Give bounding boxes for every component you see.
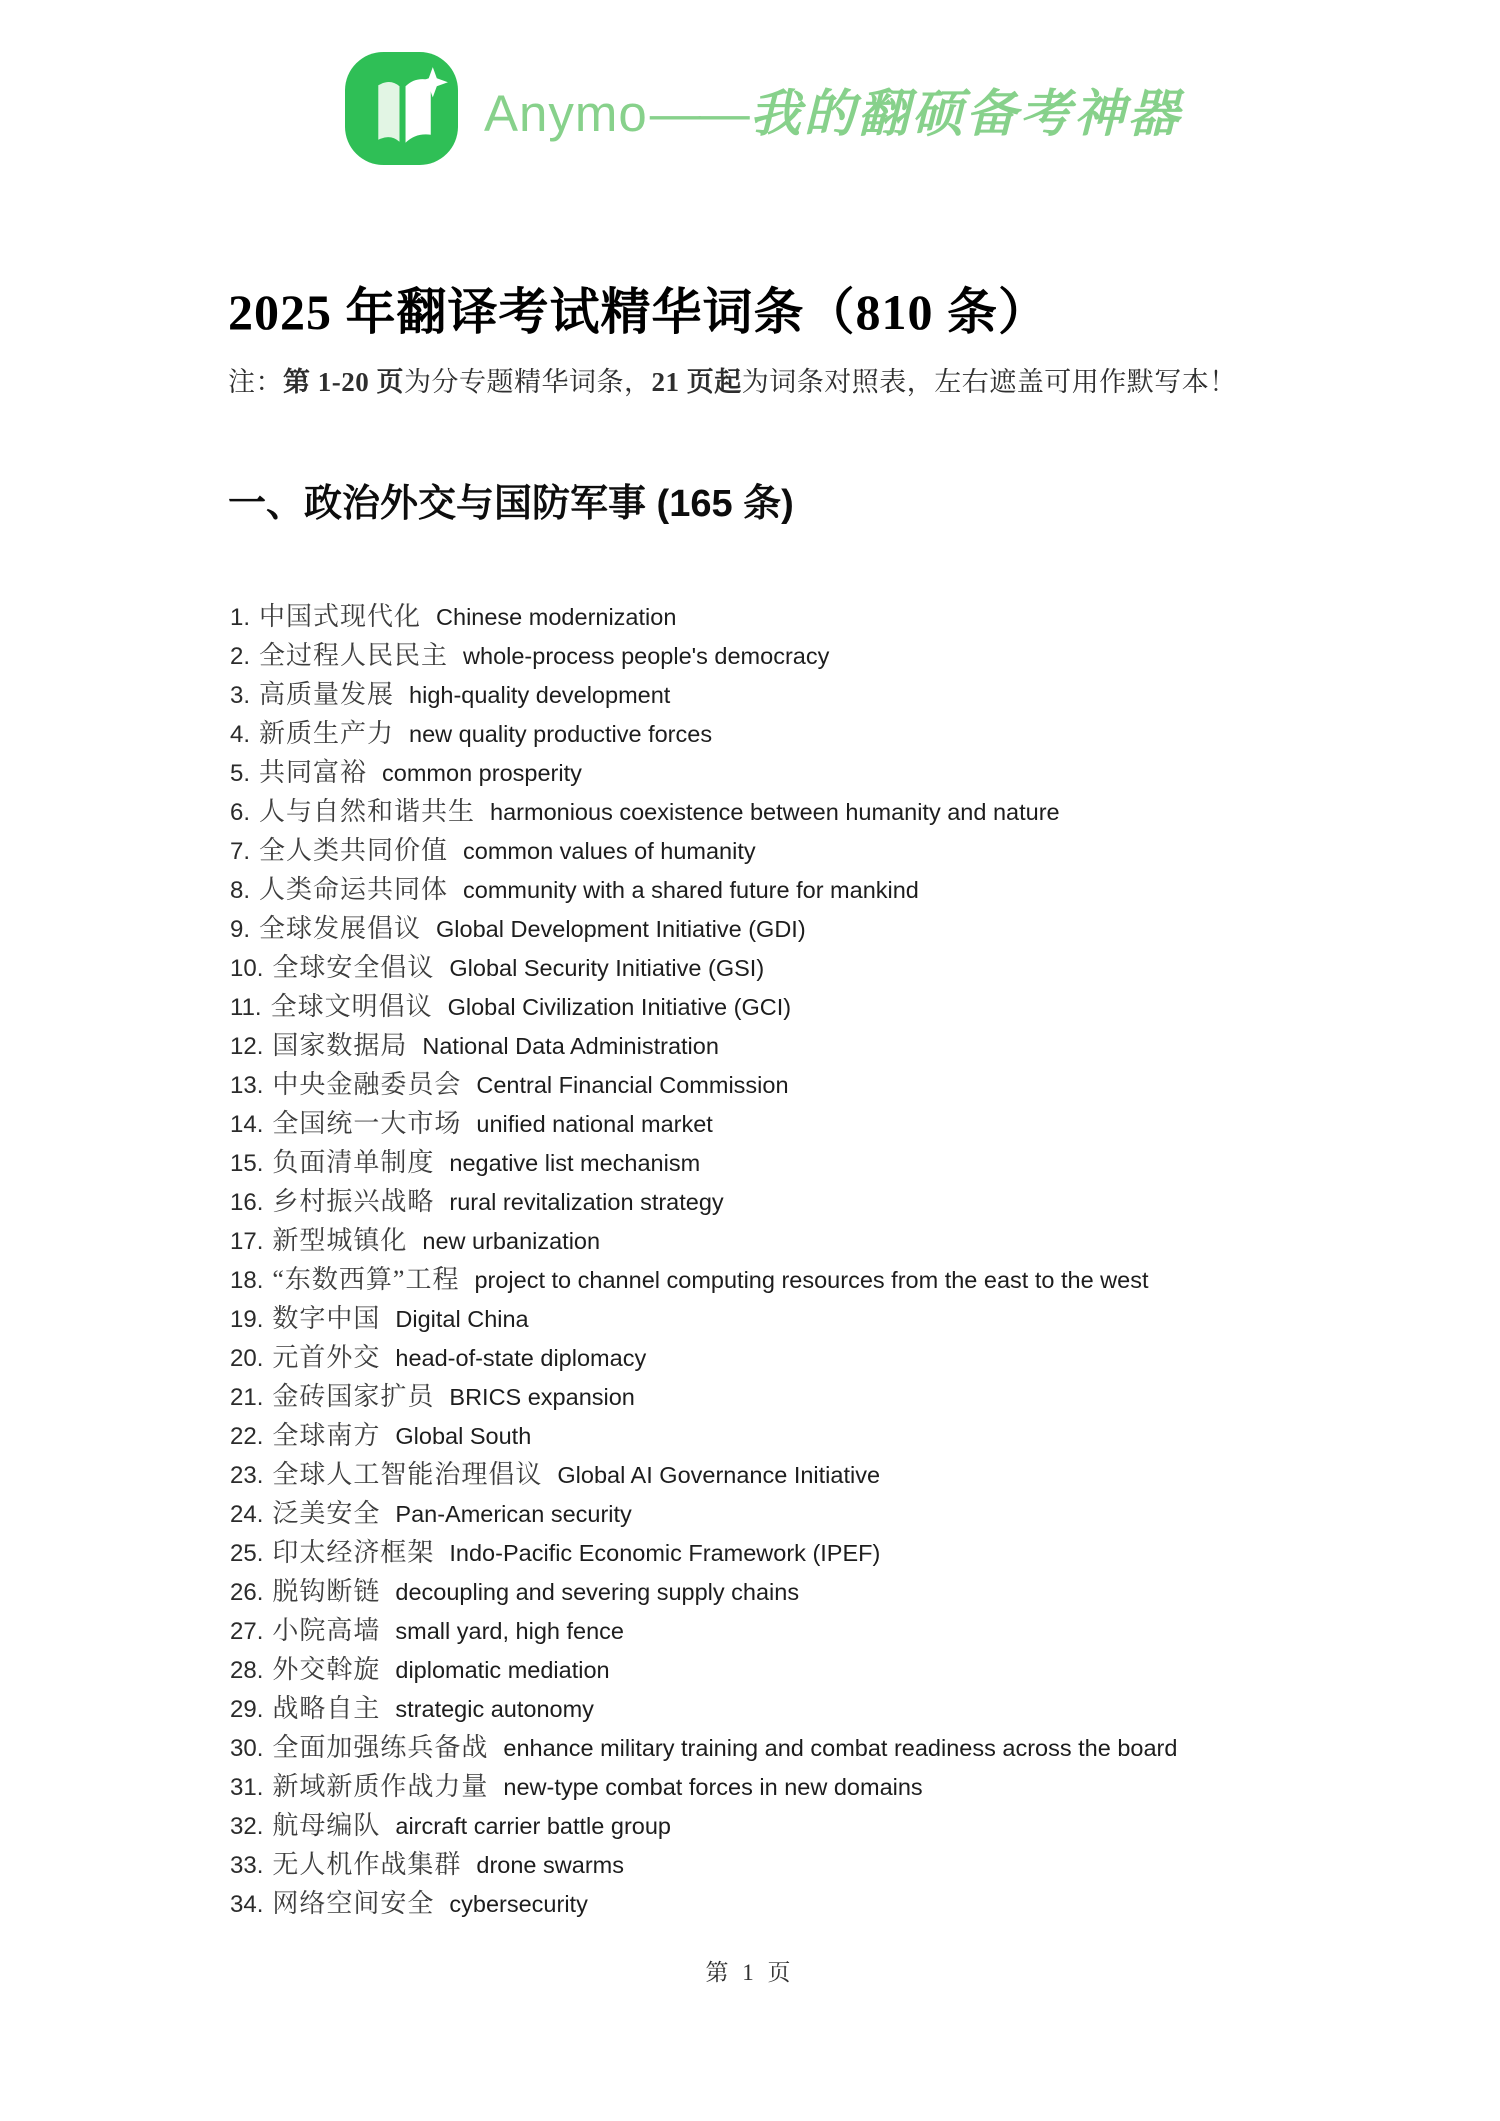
item-number: 28. bbox=[230, 1657, 263, 1684]
note-prefix: 注： bbox=[228, 367, 283, 397]
item-english-translation: Global Security Initiative (GSI) bbox=[449, 955, 764, 981]
item-chinese-term: 金砖国家扩员 bbox=[272, 1382, 434, 1411]
item-english-translation: whole-process people's democracy bbox=[463, 643, 829, 669]
item-number: 4. bbox=[230, 721, 250, 748]
item-chinese-term: 负面清单制度 bbox=[272, 1148, 434, 1177]
item-english-translation: strategic autonomy bbox=[395, 1696, 594, 1722]
list-item: 13.中央金融委员会Central Financial Commission bbox=[230, 1065, 1350, 1104]
item-chinese-term: 数字中国 bbox=[272, 1304, 380, 1333]
note-part-pages: 第 1-20 页 bbox=[283, 367, 404, 397]
list-item: 24.泛美安全Pan-American security bbox=[230, 1494, 1350, 1533]
item-number: 19. bbox=[230, 1306, 263, 1333]
item-number: 11. bbox=[230, 994, 262, 1021]
list-item: 29.战略自主strategic autonomy bbox=[230, 1689, 1350, 1728]
item-english-translation: Global AI Governance Initiative bbox=[557, 1462, 880, 1488]
page-number: 第 1 页 bbox=[0, 1954, 1500, 1987]
item-english-translation: project to channel computing resources f… bbox=[474, 1267, 1148, 1293]
item-english-translation: negative list mechanism bbox=[449, 1150, 700, 1176]
item-chinese-term: “东数西算”工程 bbox=[272, 1265, 459, 1294]
item-number: 29. bbox=[230, 1696, 263, 1723]
item-english-translation: common values of humanity bbox=[463, 838, 756, 864]
item-number: 31. bbox=[230, 1774, 263, 1801]
item-number: 23. bbox=[230, 1462, 263, 1489]
item-english-translation: Global Civilization Initiative (GCI) bbox=[448, 994, 791, 1020]
item-chinese-term: 脱钩断链 bbox=[272, 1577, 380, 1606]
list-item: 11.全球文明倡议Global Civilization Initiative … bbox=[230, 987, 1350, 1026]
item-english-translation: Pan-American security bbox=[395, 1501, 631, 1527]
list-item: 5.共同富裕common prosperity bbox=[230, 753, 1350, 792]
item-chinese-term: 全球人工智能治理倡议 bbox=[272, 1460, 542, 1489]
item-number: 7. bbox=[230, 838, 250, 865]
item-chinese-term: 国家数据局 bbox=[272, 1031, 407, 1060]
list-item: 17.新型城镇化new urbanization bbox=[230, 1221, 1350, 1260]
item-chinese-term: 全人类共同价值 bbox=[259, 836, 448, 865]
list-item: 2.全过程人民民主whole-process people's democrac… bbox=[230, 636, 1350, 675]
item-number: 22. bbox=[230, 1423, 263, 1450]
item-english-translation: aircraft carrier battle group bbox=[395, 1813, 671, 1839]
item-number: 10. bbox=[230, 955, 263, 982]
list-item: 33.无人机作战集群drone swarms bbox=[230, 1845, 1350, 1884]
item-english-translation: rural revitalization strategy bbox=[449, 1189, 723, 1215]
brand-name: Anymo bbox=[484, 84, 648, 143]
list-item: 18.“东数西算”工程project to channel computing … bbox=[230, 1260, 1350, 1299]
item-number: 17. bbox=[230, 1228, 263, 1255]
item-number: 33. bbox=[230, 1852, 263, 1879]
item-english-translation: new-type combat forces in new domains bbox=[503, 1774, 922, 1800]
item-number: 16. bbox=[230, 1189, 263, 1216]
item-english-translation: enhance military training and combat rea… bbox=[503, 1735, 1177, 1761]
item-number: 34. bbox=[230, 1891, 263, 1918]
list-item: 31.新域新质作战力量new-type combat forces in new… bbox=[230, 1767, 1350, 1806]
list-item: 8.人类命运共同体community with a shared future … bbox=[230, 870, 1350, 909]
list-item: 3.高质量发展high-quality development bbox=[230, 675, 1350, 714]
item-english-translation: decoupling and severing supply chains bbox=[395, 1579, 799, 1605]
note-part-from21: 21 页起 bbox=[652, 367, 742, 397]
item-chinese-term: 全过程人民民主 bbox=[259, 641, 448, 670]
item-chinese-term: 战略自主 bbox=[272, 1694, 380, 1723]
item-number: 30. bbox=[230, 1735, 263, 1762]
item-number: 26. bbox=[230, 1579, 263, 1606]
brand-dash: —— bbox=[650, 84, 748, 143]
list-item: 32.航母编队aircraft carrier battle group bbox=[230, 1806, 1350, 1845]
item-english-translation: unified national market bbox=[476, 1111, 712, 1137]
item-english-translation: drone swarms bbox=[476, 1852, 624, 1878]
item-number: 3. bbox=[230, 682, 250, 709]
list-item: 9.全球发展倡议Global Development Initiative (G… bbox=[230, 909, 1350, 948]
item-chinese-term: 人类命运共同体 bbox=[259, 875, 448, 904]
brand-tagline: 我的翻硕备考神器 bbox=[750, 72, 1182, 146]
item-number: 6. bbox=[230, 799, 250, 826]
item-number: 20. bbox=[230, 1345, 263, 1372]
item-english-translation: harmonious coexistence between humanity … bbox=[490, 799, 1060, 825]
item-number: 9. bbox=[230, 916, 250, 943]
item-number: 8. bbox=[230, 877, 250, 904]
item-number: 24. bbox=[230, 1501, 263, 1528]
item-english-translation: head-of-state diplomacy bbox=[395, 1345, 646, 1371]
list-item: 28.外交斡旋diplomatic mediation bbox=[230, 1650, 1350, 1689]
list-item: 16.乡村振兴战略rural revitalization strategy bbox=[230, 1182, 1350, 1221]
item-chinese-term: 外交斡旋 bbox=[272, 1655, 380, 1684]
item-chinese-term: 高质量发展 bbox=[259, 680, 394, 709]
term-list: 1.中国式现代化Chinese modernization 2.全过程人民民主w… bbox=[230, 597, 1350, 1923]
item-number: 2. bbox=[230, 643, 250, 670]
list-item: 15.负面清单制度negative list mechanism bbox=[230, 1143, 1350, 1182]
item-chinese-term: 无人机作战集群 bbox=[272, 1850, 461, 1879]
item-english-translation: Global Development Initiative (GDI) bbox=[436, 916, 806, 942]
list-item: 4.新质生产力new quality productive forces bbox=[230, 714, 1350, 753]
item-chinese-term: 全球文明倡议 bbox=[271, 992, 433, 1021]
item-number: 14. bbox=[230, 1111, 263, 1138]
item-chinese-term: 全球南方 bbox=[272, 1421, 380, 1450]
list-item: 12.国家数据局National Data Administration bbox=[230, 1026, 1350, 1065]
list-item: 1.中国式现代化Chinese modernization bbox=[230, 597, 1350, 636]
brand-header: Anymo——我的翻硕备考神器 bbox=[345, 52, 1182, 165]
list-item: 6.人与自然和谐共生harmonious coexistence between… bbox=[230, 792, 1350, 831]
item-chinese-term: 新质生产力 bbox=[259, 719, 394, 748]
item-number: 27. bbox=[230, 1618, 263, 1645]
item-chinese-term: 航母编队 bbox=[272, 1811, 380, 1840]
item-chinese-term: 中央金融委员会 bbox=[272, 1070, 461, 1099]
page-title: 2025 年翻译考试精华词条（810 条） bbox=[228, 272, 1049, 344]
item-number: 21. bbox=[230, 1384, 263, 1411]
list-item: 20.元首外交head-of-state diplomacy bbox=[230, 1338, 1350, 1377]
item-number: 13. bbox=[230, 1072, 263, 1099]
item-chinese-term: 小院高墙 bbox=[272, 1616, 380, 1645]
item-chinese-term: 泛美安全 bbox=[272, 1499, 380, 1528]
open-book-sparkle-icon bbox=[345, 52, 458, 165]
item-english-translation: BRICS expansion bbox=[449, 1384, 635, 1410]
list-item: 22.全球南方Global South bbox=[230, 1416, 1350, 1455]
item-english-translation: high-quality development bbox=[409, 682, 670, 708]
brand-text: Anymo——我的翻硕备考神器 bbox=[484, 72, 1182, 146]
item-english-translation: Central Financial Commission bbox=[476, 1072, 788, 1098]
item-english-translation: diplomatic mediation bbox=[395, 1657, 609, 1683]
item-chinese-term: 中国式现代化 bbox=[259, 602, 421, 631]
item-english-translation: community with a shared future for manki… bbox=[463, 877, 919, 903]
item-english-translation: Digital China bbox=[395, 1306, 528, 1332]
item-english-translation: new quality productive forces bbox=[409, 721, 712, 747]
item-chinese-term: 共同富裕 bbox=[259, 758, 367, 787]
item-chinese-term: 新域新质作战力量 bbox=[272, 1772, 488, 1801]
item-number: 15. bbox=[230, 1150, 263, 1177]
item-number: 5. bbox=[230, 760, 250, 787]
item-chinese-term: 全面加强练兵备战 bbox=[272, 1733, 488, 1762]
item-chinese-term: 全球发展倡议 bbox=[259, 914, 421, 943]
item-chinese-term: 全国统一大市场 bbox=[272, 1109, 461, 1138]
list-item: 30.全面加强练兵备战enhance military training and… bbox=[230, 1728, 1350, 1767]
item-english-translation: Global South bbox=[395, 1423, 531, 1449]
item-english-translation: National Data Administration bbox=[422, 1033, 719, 1059]
item-english-translation: new urbanization bbox=[422, 1228, 600, 1254]
list-item: 19.数字中国Digital China bbox=[230, 1299, 1350, 1338]
list-item: 23.全球人工智能治理倡议Global AI Governance Initia… bbox=[230, 1455, 1350, 1494]
item-chinese-term: 网络空间安全 bbox=[272, 1889, 434, 1918]
item-chinese-term: 元首外交 bbox=[272, 1343, 380, 1372]
item-chinese-term: 新型城镇化 bbox=[272, 1226, 407, 1255]
note-line: 注：第 1-20 页为分专题精华词条，21 页起为词条对照表，左右遮盖可用作默写… bbox=[228, 360, 1237, 399]
item-number: 18. bbox=[230, 1267, 263, 1294]
list-item: 26.脱钩断链decoupling and severing supply ch… bbox=[230, 1572, 1350, 1611]
item-number: 32. bbox=[230, 1813, 263, 1840]
item-english-translation: Indo-Pacific Economic Framework (IPEF) bbox=[449, 1540, 880, 1566]
item-number: 1. bbox=[230, 604, 250, 631]
list-item: 10.全球安全倡议Global Security Initiative (GSI… bbox=[230, 948, 1350, 987]
note-part-desc1: 为分专题精华词条， bbox=[404, 367, 652, 397]
list-item: 7.全人类共同价值common values of humanity bbox=[230, 831, 1350, 870]
section-heading: 一、政治外交与国防军事 (165 条) bbox=[228, 472, 794, 527]
item-english-translation: cybersecurity bbox=[449, 1891, 587, 1917]
item-english-translation: Chinese modernization bbox=[436, 604, 676, 630]
item-number: 12. bbox=[230, 1033, 263, 1060]
document-page: Anymo——我的翻硕备考神器 2025 年翻译考试精华词条（810 条） 注：… bbox=[0, 0, 1500, 2121]
list-item: 21.金砖国家扩员BRICS expansion bbox=[230, 1377, 1350, 1416]
item-english-translation: common prosperity bbox=[382, 760, 582, 786]
list-item: 14.全国统一大市场unified national market bbox=[230, 1104, 1350, 1143]
item-chinese-term: 人与自然和谐共生 bbox=[259, 797, 475, 826]
item-chinese-term: 全球安全倡议 bbox=[272, 953, 434, 982]
list-item: 25.印太经济框架Indo-Pacific Economic Framework… bbox=[230, 1533, 1350, 1572]
list-item: 27.小院高墙small yard, high fence bbox=[230, 1611, 1350, 1650]
item-chinese-term: 乡村振兴战略 bbox=[272, 1187, 434, 1216]
item-number: 25. bbox=[230, 1540, 263, 1567]
item-chinese-term: 印太经济框架 bbox=[272, 1538, 434, 1567]
item-english-translation: small yard, high fence bbox=[395, 1618, 624, 1644]
list-item: 34.网络空间安全cybersecurity bbox=[230, 1884, 1350, 1923]
note-part-desc2: 为词条对照表，左右遮盖可用作默写本！ bbox=[742, 367, 1237, 397]
